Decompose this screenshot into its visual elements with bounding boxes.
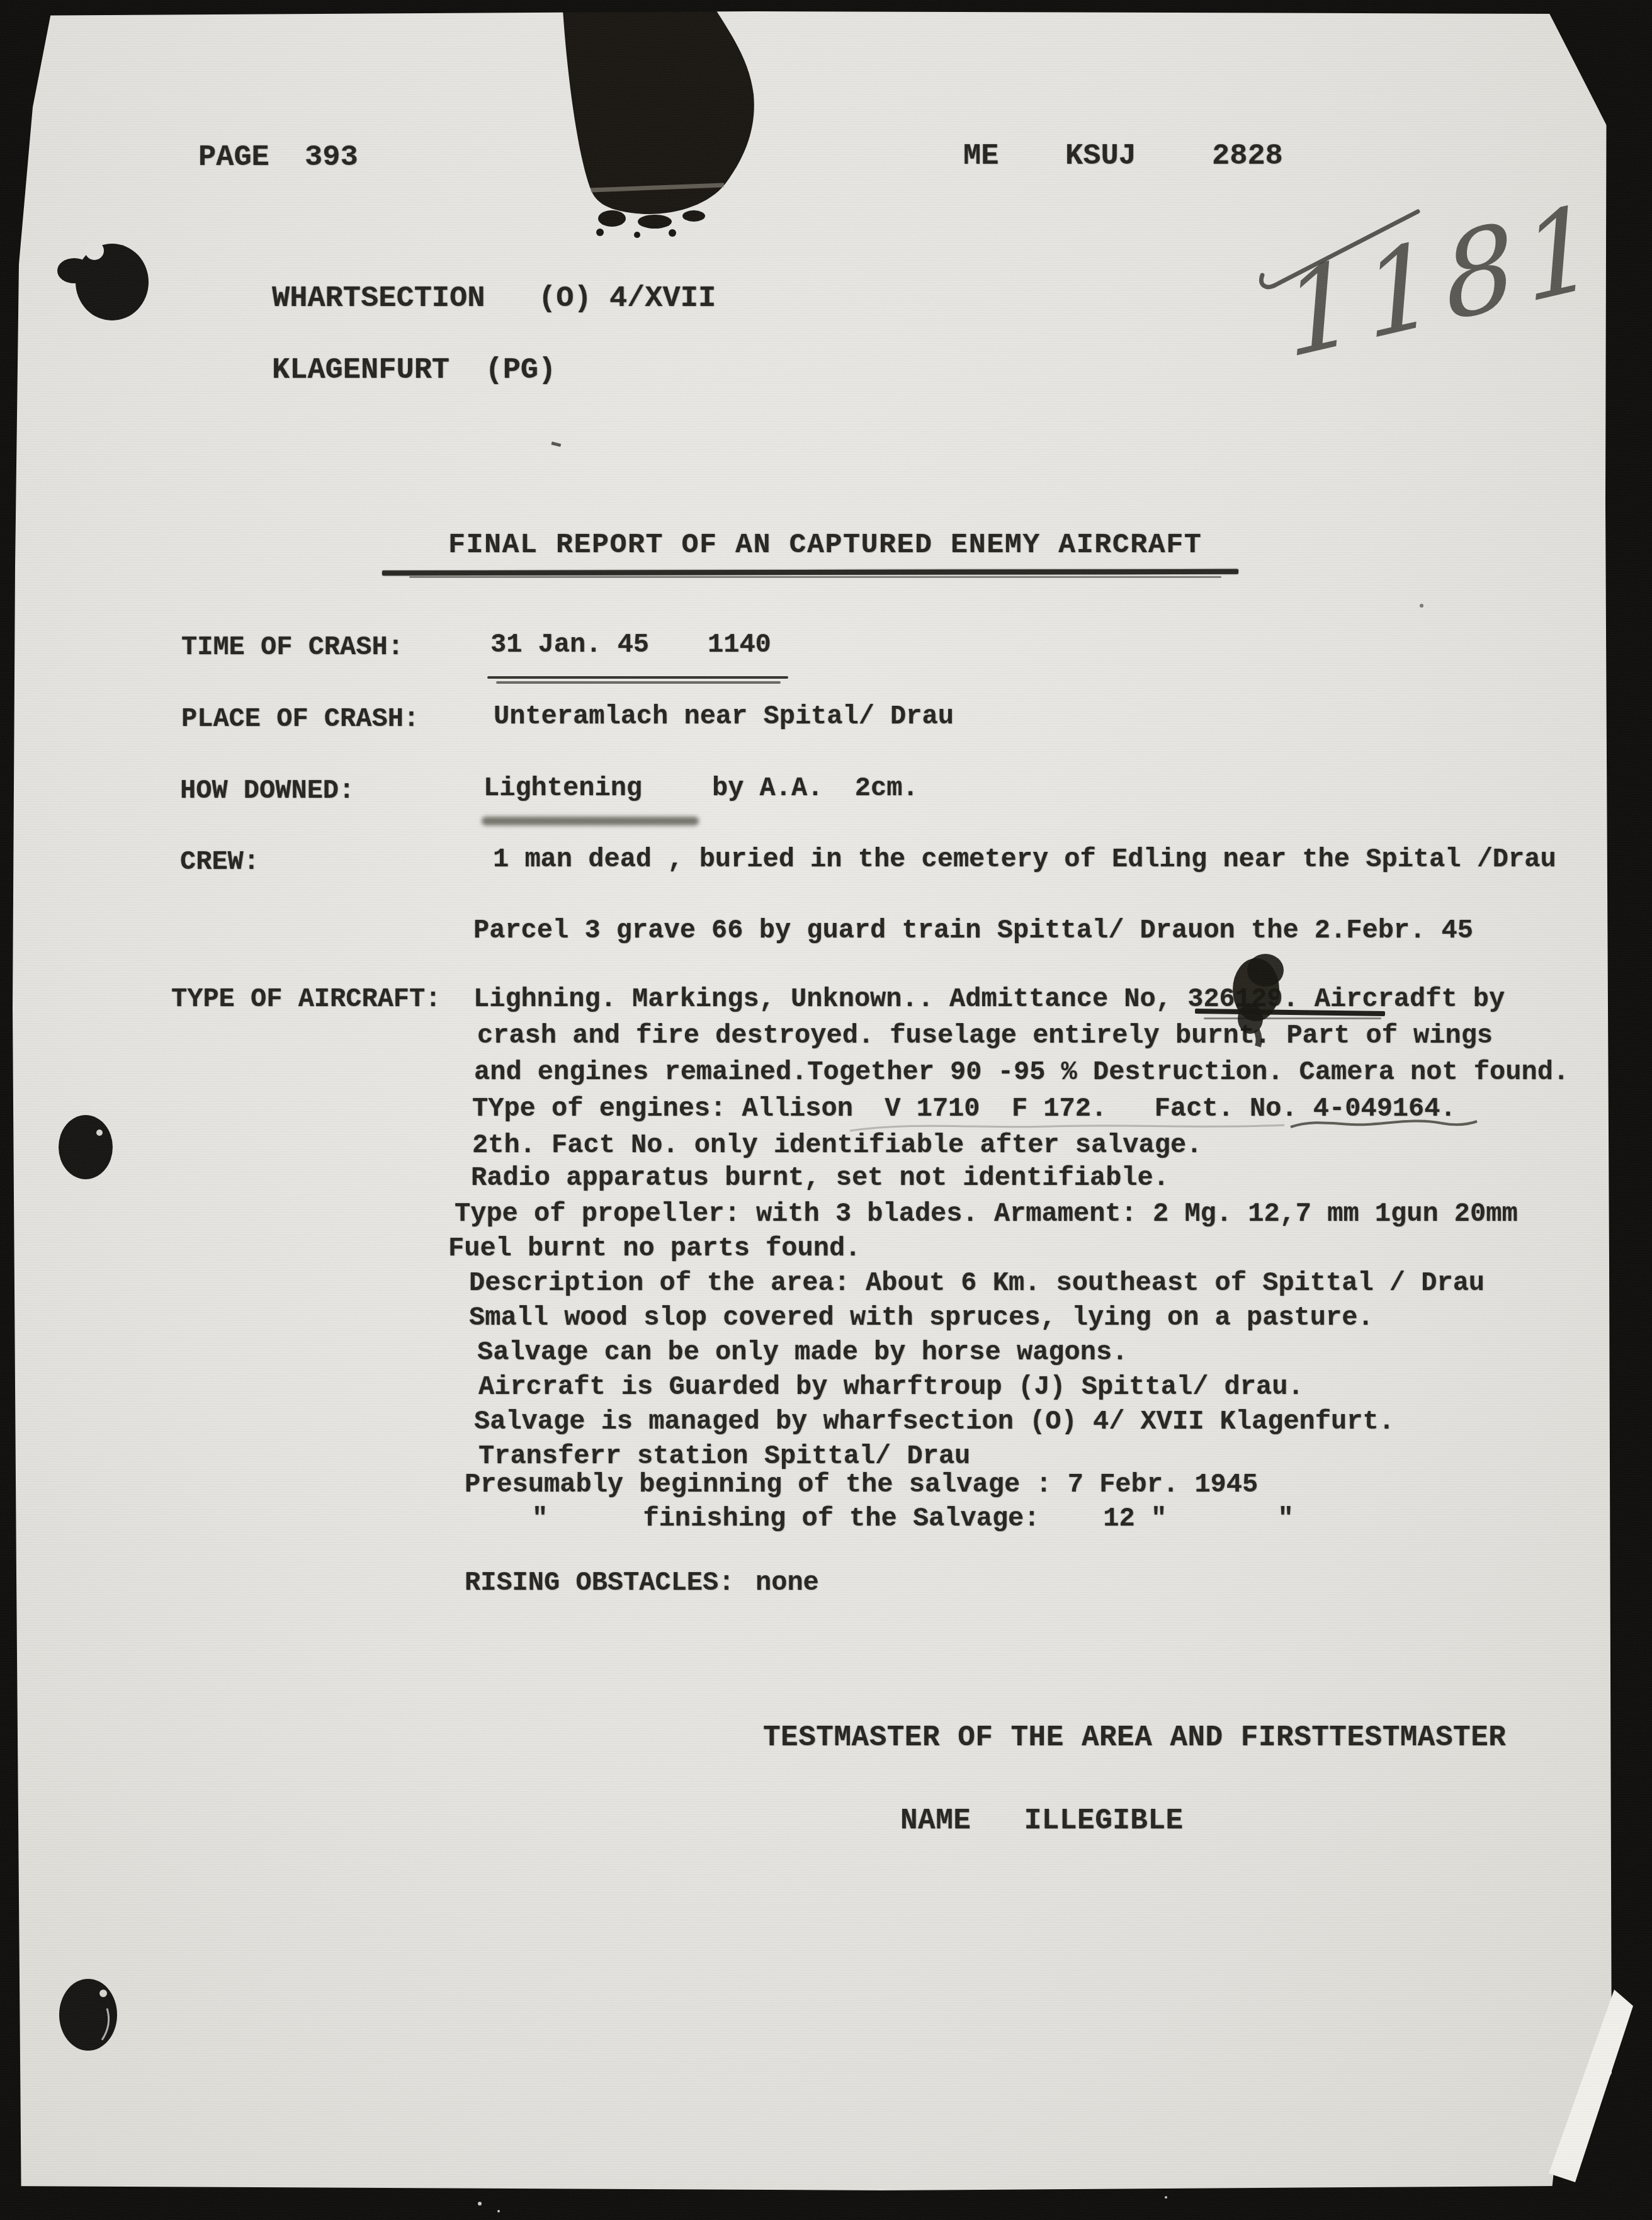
aircraft-detail-line: Fuel burnt no parts found. (448, 1235, 861, 1263)
aircraft-detail-line: 2th. Fact No. only identifiable after sa… (472, 1131, 1202, 1160)
admittance-number-underline-echo (1204, 1017, 1381, 1019)
aircraft-detail-line: " finishing of the Salvage: 12 " " (532, 1505, 1294, 1533)
handwritten-number: 11815 (1278, 159, 1652, 384)
title-underline-echo (409, 576, 1221, 578)
crash-date-underline (487, 676, 788, 679)
punch-hole-top (57, 241, 149, 320)
stamp-col-ksuj: KSUJ (1065, 141, 1136, 173)
field-label-how-downed: HOW DOWNED: (180, 777, 354, 805)
aircraft-detail-line: Small wood slop covered with spruces, ly… (469, 1304, 1374, 1332)
field-label-time-of-crash: TIME OF CRASH: (181, 633, 404, 662)
letterhead-section: WHARTSECTION (O) 4/XVII (272, 283, 716, 315)
folded-corner-sliver (1549, 1990, 1633, 2182)
punch-hole-bottom (59, 1979, 117, 2051)
aircraft-detail-line: crash and fire destroyed. fuselage entir… (477, 1022, 1493, 1050)
aircraft-detail-line: Presumably beginning of the salvage : 7 … (465, 1471, 1258, 1499)
field-label-crew: CREW: (180, 848, 259, 876)
punch-hole-middle (59, 1115, 113, 1179)
field-value-rising-obstacles: none (755, 1569, 819, 1597)
aircraft-detail-line: Description of the area: About 6 Km. sou… (469, 1269, 1485, 1298)
aircraft-detail-line: TYpe of engines: Allison V 1710 F 172. F… (472, 1095, 1456, 1123)
field-value-crash-time: 1140 (708, 631, 771, 659)
ink-blot-top (562, 0, 754, 238)
letterhead-location: KLAGENFURT (PG) (272, 355, 556, 387)
page-number: 393 (305, 142, 358, 174)
title-underline (382, 569, 1238, 575)
field-value-crash-date: 31 Jan. 45 (490, 631, 649, 659)
scanned-document-page: PAGE 393 ME KSUJ 2828 11815 WHARTSECTION… (0, 0, 1652, 2220)
field-label-rising-obstacles: RISING OBSTACLES: (465, 1569, 734, 1597)
field-value-crew-line2: Parcel 3 grave 66 by guard train Spittal… (473, 917, 1473, 945)
lightening-pencil-underline (482, 817, 699, 825)
stamp-col-number: 2828 (1212, 141, 1283, 173)
aircraft-detail-line: Aircraft is Guarded by wharftroup (J) Sp… (478, 1373, 1304, 1402)
page-label: PAGE (198, 142, 269, 174)
signature-title-line: TESTMASTER OF THE AREA AND FIRSTTESTMAST… (763, 1723, 1506, 1754)
field-value-how-downed-aircraft: Lightening (484, 774, 642, 803)
aircraft-detail-line: Salvage can be only made by horse wagons… (477, 1339, 1128, 1367)
field-label-place-of-crash: PLACE OF CRASH: (181, 705, 419, 733)
report-title: FINAL REPORT OF AN CAPTURED ENEMY AIRCRA… (448, 530, 1202, 561)
aircraft-detail-line: Radio apparatus burnt, set not identifia… (471, 1164, 1169, 1192)
field-value-crew-line1: 1 man dead , buried in the cemetery of E… (493, 846, 1556, 874)
field-value-how-downed-means: by A.A. 2cm. (712, 774, 919, 803)
aircraft-detail-line: Type of propeller: with 3 blades. Armame… (455, 1200, 1518, 1228)
stray-speck (551, 441, 1423, 608)
aircraft-detail-line: Transferr station Spittal/ Drau (478, 1442, 970, 1471)
aircraft-detail-line: and engines remained.Together 90 -95 % D… (474, 1058, 1569, 1087)
crash-date-underline-echo (496, 681, 781, 684)
field-label-type-of-aircraft: TYPE OF AIRCRAFT: (171, 985, 441, 1014)
field-value-place-of-crash: Unteramlach near Spital/ Drau (494, 703, 954, 731)
signature-name-line: NAME ILLEGIBLE (900, 1806, 1184, 1837)
aircraft-detail-line: Salvage is managed by wharfsection (O) 4… (474, 1408, 1395, 1436)
aircraft-detail-line: Lighning. Markings, Unknown.. Admittance… (473, 985, 1505, 1014)
stamp-col-me: ME (963, 141, 999, 173)
